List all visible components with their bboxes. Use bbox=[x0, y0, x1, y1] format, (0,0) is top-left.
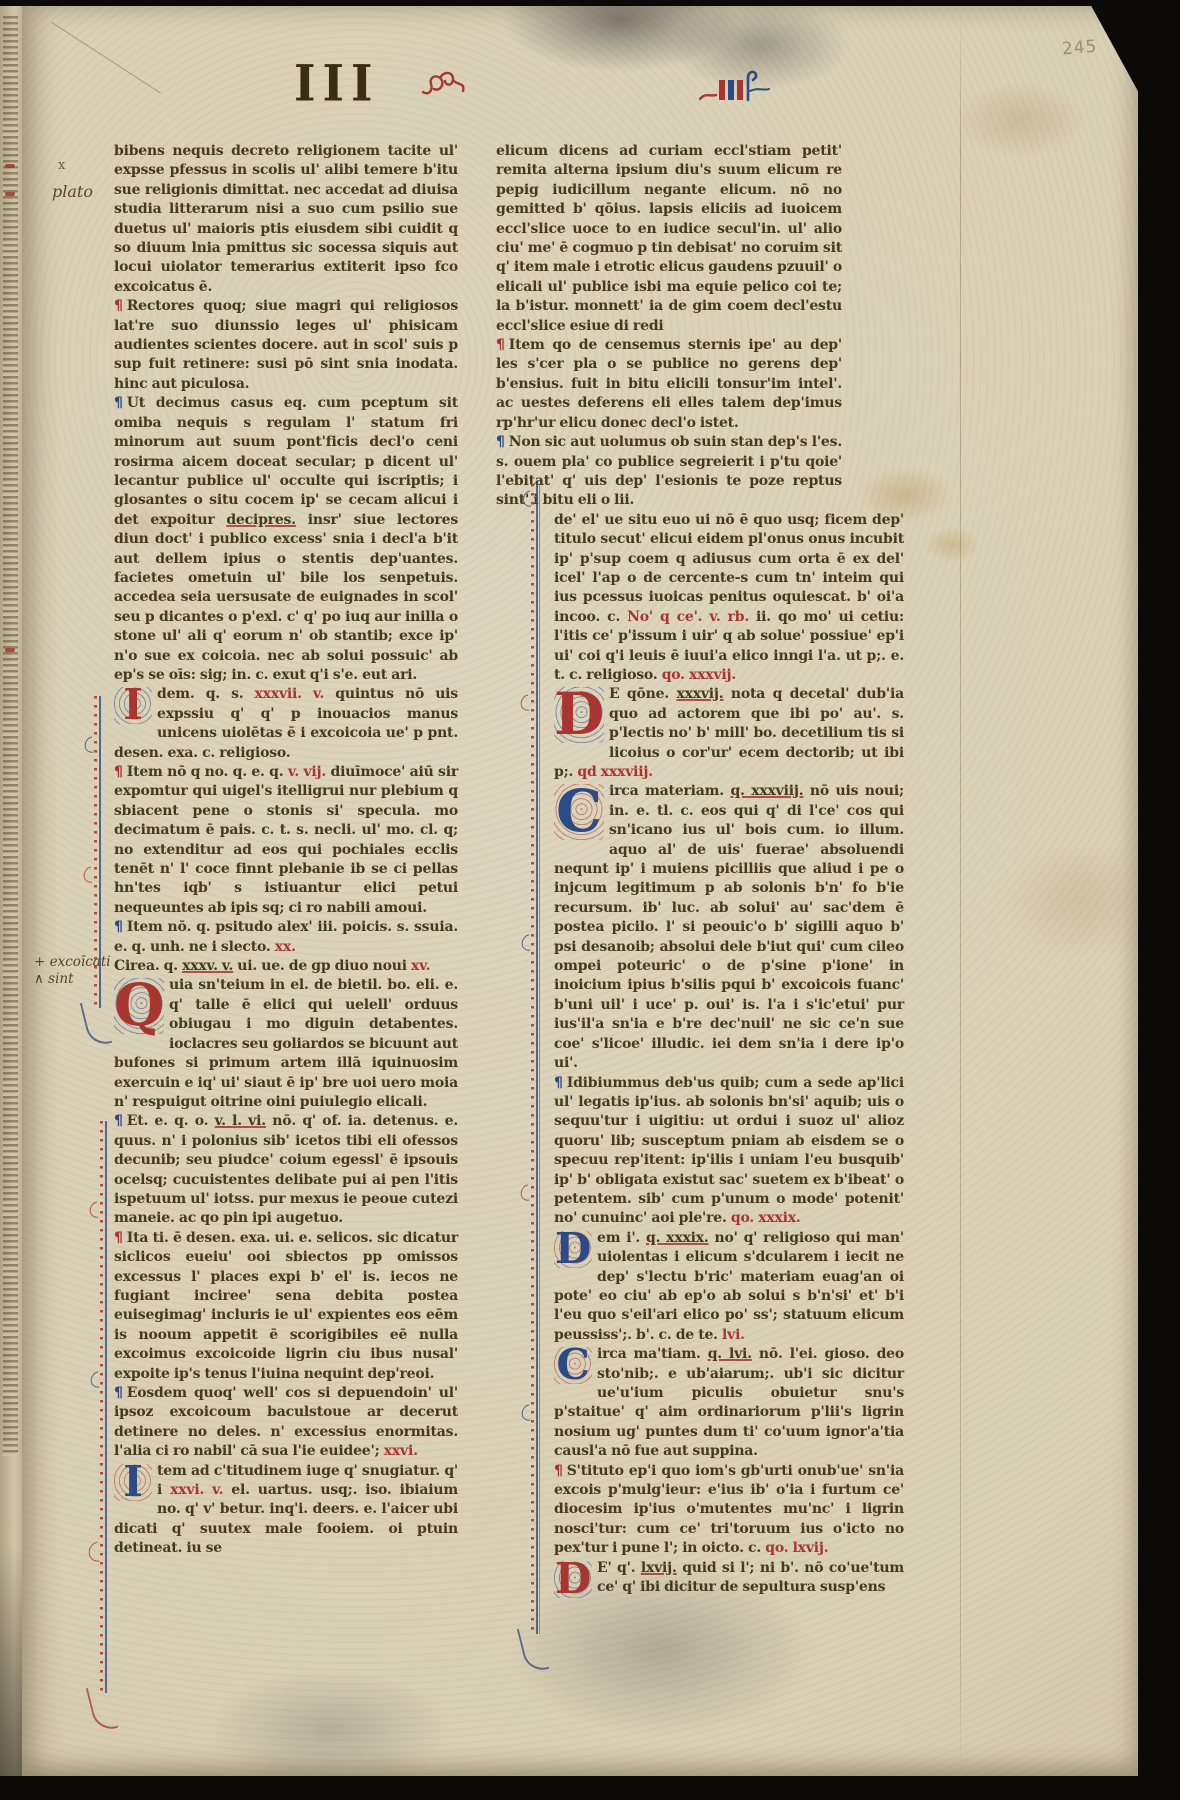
penwork-curl-icon bbox=[85, 1537, 113, 1565]
text-block: Dem i'. q. xxxix. no' q' religioso qui m… bbox=[554, 1229, 904, 1345]
red-underlined-reference: q. xxxix. bbox=[646, 1230, 709, 1246]
paraph-mark-icon: ¶ bbox=[114, 919, 127, 935]
paraph-mark-icon: ¶ bbox=[114, 764, 127, 780]
paraph-mark-icon: ¶ bbox=[114, 395, 127, 411]
running-header-numeral-left: III bbox=[294, 54, 380, 112]
text-block: DE qōne. xxxvij. nota q decetal' dub'ia … bbox=[554, 685, 904, 782]
text-block: ¶Rectores quoq; siue magri qui religioso… bbox=[114, 297, 458, 394]
text-block: ¶Item nō. q. psitudo alex' iii. poicis. … bbox=[114, 918, 458, 957]
penwork-blue-line bbox=[536, 484, 538, 1634]
red-underlined-reference: q. xxxviij. bbox=[730, 783, 803, 799]
decorated-initial: D bbox=[554, 687, 604, 743]
penwork-tail-flourish bbox=[86, 1683, 118, 1733]
text-block: ¶Eosdem quoq' well' cos si depuendoin' u… bbox=[114, 1384, 458, 1462]
text-block: de' el' ue situ euo ui nō ē quo usq; fic… bbox=[554, 511, 904, 686]
rubric-text: xxvi. bbox=[384, 1443, 418, 1459]
text-block: Idem. q. s. xxxvii. v. quintus nō uis ex… bbox=[114, 685, 458, 763]
gutter-penwork-border bbox=[531, 484, 541, 1634]
text-block: Cirea. q. xxxv. v. ui. ue. de gp diuo no… bbox=[114, 957, 458, 976]
red-underlined-reference: xxxv. v. bbox=[182, 958, 233, 974]
text-block: ¶Non sic aut uolumus ob suin stan dep's … bbox=[496, 433, 842, 511]
red-underlined-reference: q. lvi. bbox=[708, 1346, 752, 1362]
rubric-text: lvi. bbox=[722, 1327, 745, 1343]
rubric-text: No' q ce'. v. rb. bbox=[627, 609, 749, 625]
text-block: bibens nequis decreto religionem tacite … bbox=[114, 142, 458, 297]
left-penwork-border-lower bbox=[100, 1121, 110, 1693]
text-block: ¶Ut decimus casus eq. cum pceptum sit om… bbox=[114, 394, 458, 685]
text-block: ¶S'tituto ep'i quo iom's gb'urti onub'ue… bbox=[554, 1462, 904, 1559]
paraph-mark-icon: ¶ bbox=[114, 1113, 127, 1129]
text-block: ¶Ita ti. ē desen. exa. ui. e. selicos. s… bbox=[114, 1229, 458, 1384]
text-block: Quia sn'teium in el. de bietil. bo. eli.… bbox=[114, 976, 458, 1112]
text-block: Circa materiam. q. xxxviij. nō uis noui;… bbox=[554, 782, 904, 1073]
text-block: Item ad c'titudinem iuge q' snugiatur. q… bbox=[114, 1462, 458, 1559]
penwork-tail-flourish bbox=[80, 998, 112, 1048]
margin-crease-mark: x bbox=[58, 158, 65, 173]
decorated-initial: I bbox=[114, 687, 152, 724]
decorated-initial: D bbox=[554, 1561, 592, 1598]
red-underlined-reference: lxvij. bbox=[641, 1560, 677, 1576]
crease-line bbox=[51, 22, 161, 94]
rubric-text: qo. lxvij. bbox=[765, 1540, 828, 1556]
text-block: Circa ma'tiam. q. lvi. nō. l'ei. gioso. … bbox=[554, 1345, 904, 1461]
paraph-mark-icon: ¶ bbox=[554, 1075, 567, 1091]
text-column-right: elicum dicens ad curiam eccl'stiam petit… bbox=[496, 142, 842, 1599]
penwork-red-dots bbox=[531, 484, 534, 1634]
red-speck bbox=[5, 648, 15, 652]
fold-line bbox=[960, 6, 961, 1776]
facing-page-text-specks bbox=[3, 16, 18, 1456]
photo-backdrop: III iij 245 x plato + excoīcati ∧ sint b… bbox=[0, 0, 1180, 1800]
running-header-numeral-right: iij bbox=[698, 68, 774, 116]
paraph-mark-icon: ¶ bbox=[114, 1230, 127, 1246]
red-speck bbox=[5, 164, 15, 168]
red-underlined-reference: decipres. bbox=[226, 512, 296, 528]
rubric-text: xxxvii. v. bbox=[255, 686, 325, 702]
manuscript-leaf: III iij 245 x plato + excoīcati ∧ sint b… bbox=[22, 6, 1138, 1776]
red-speck bbox=[5, 192, 15, 196]
text-block: ¶Item nō q no. q. e. q. v. vij. diuīmoce… bbox=[114, 763, 458, 918]
rubric-text: qo. xxxix. bbox=[731, 1210, 801, 1226]
paraph-mark-icon: ¶ bbox=[114, 298, 127, 314]
red-underlined-reference: v. l. vi. bbox=[215, 1113, 266, 1129]
text-block: ¶Et. e. q. o. v. l. vi. nō. q' of. ia. d… bbox=[114, 1112, 458, 1228]
folio-number-pencil: 245 bbox=[1061, 36, 1098, 59]
decorated-initial: I bbox=[114, 1464, 152, 1501]
red-underlined-reference: xxxvij. bbox=[676, 686, 723, 702]
rubric-text: xv. bbox=[411, 958, 430, 974]
text-block: ¶Item qo de censemus sternis ipe' au dep… bbox=[496, 336, 842, 433]
decorated-initial: D bbox=[554, 1231, 592, 1268]
paraph-mark-icon: ¶ bbox=[114, 1385, 127, 1401]
text-block: elicum dicens ad curiam eccl'stiam petit… bbox=[496, 142, 842, 336]
text-block: ¶Idibiummus deb'us quib; cum a sede ap'l… bbox=[554, 1074, 904, 1229]
paraph-mark-icon: ¶ bbox=[496, 434, 509, 450]
text-block: DE' q'. lxvij. quid si l'; ni b'. nō co'… bbox=[554, 1559, 904, 1598]
penwork-tail-flourish bbox=[517, 1624, 549, 1674]
decorated-initial: C bbox=[554, 1347, 592, 1384]
decorated-initial: Q bbox=[114, 978, 164, 1034]
rubric-text: qo. xxxvij. bbox=[662, 667, 736, 683]
penwork-blue-line bbox=[539, 484, 540, 1634]
rubric-text: qd xxxviij. bbox=[577, 764, 653, 780]
paraph-mark-icon: ¶ bbox=[554, 1463, 567, 1479]
paraph-mark-icon: ¶ bbox=[496, 337, 509, 353]
left-penwork-border-upper bbox=[94, 696, 104, 1008]
rubric-text: xx. bbox=[275, 939, 296, 955]
rubric-text: v. vij. bbox=[288, 764, 326, 780]
decorated-initial: C bbox=[554, 784, 604, 840]
margin-note-plato: plato bbox=[52, 182, 93, 201]
rubric-text: xxvi. v. bbox=[170, 1482, 223, 1498]
text-column-left: bibens nequis decreto religionem tacite … bbox=[114, 142, 458, 1559]
header-ornament-icon bbox=[420, 66, 470, 106]
